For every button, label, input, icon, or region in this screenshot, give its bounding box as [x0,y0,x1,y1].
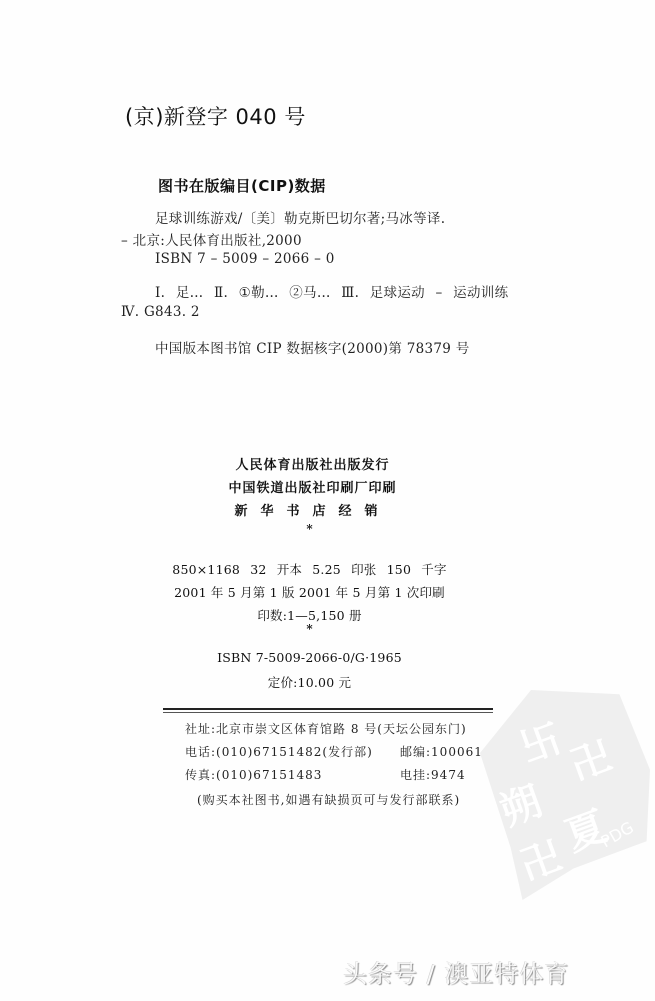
divider-rule-thin [163,712,493,713]
publisher-telegraph: 电挂:9474 [400,766,466,783]
publisher-line: 人民体育出版社出版发行 [0,454,640,473]
publisher-fax: 传真:(010)67151483 [185,766,322,783]
separator-star: * [0,522,637,536]
cip-classification: Ⅳ. G843. 2 [121,304,200,320]
publisher-phone: 电话:(010)67151482(发行部) [185,743,373,760]
edition-info: 2001 年 5 月第 1 版 2001 年 5 月第 1 次印刷 [0,583,637,601]
source-watermark: 头条号 / 澳亚特体育 [343,954,569,989]
price: 定价:10.00 元 [0,673,637,691]
isbn-full: ISBN 7-5009-2066-0/G·1965 [0,650,637,665]
cip-subject-headings: Ⅰ. 足… Ⅱ. ①勒… ②马… Ⅲ. 足球运动 – 运动训练 [155,281,508,301]
defect-note: (购买本社图书,如遇有缺损页可与发行部联系) [197,791,460,808]
separator-star: * [0,622,637,636]
publisher-postcode: 邮编:100061 [400,743,483,760]
distributor-line: 新华书店经销 [0,500,640,519]
publisher-address: 社址:北京市崇文区体育馆路 8 号(天坛公园东门) [185,720,467,737]
cip-record-number: 中国版本图书馆 CIP 数据核字(2000)第 78379 号 [155,337,470,357]
registration-number: (京)新登字 040 号 [125,101,306,131]
cip-book-entry: 足球训练游戏/〔美〕勒克斯巴切尔著;马冰等译. [155,207,445,227]
cip-title: 图书在版编目(CIP)数据 [158,175,326,196]
printer-line: 中国铁道出版社印刷厂印刷 [0,477,640,496]
divider-rule [163,708,493,710]
cip-publisher-entry: – 北京:人民体育出版社,2000 [121,229,302,249]
cip-isbn: ISBN 7 – 5009 – 2066 – 0 [155,251,335,267]
format-specs: 850×1168 32 开本 5.25 印张 150 千字 [0,560,637,578]
